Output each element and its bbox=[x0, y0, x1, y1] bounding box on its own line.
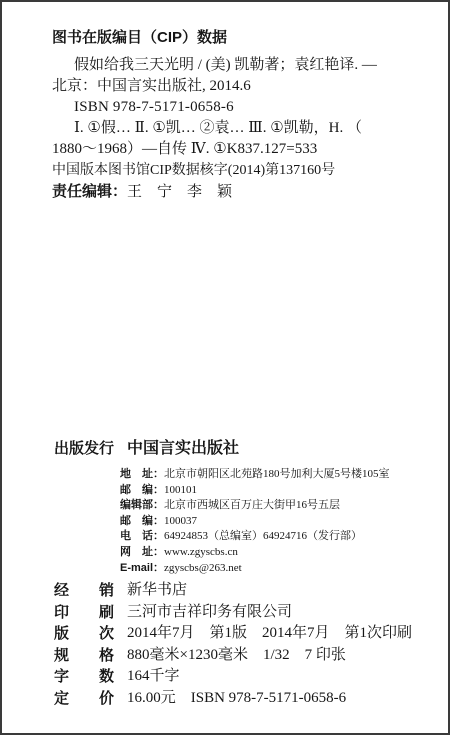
row-label-price: 定价 bbox=[54, 688, 114, 710]
detail-row-phone: 电 话：64924853（总编室）64924716（发行部） bbox=[120, 529, 438, 545]
row-edition: 版次 2014年7月 第1版 2014年7月 第1次印刷 bbox=[54, 623, 438, 645]
detail-value-website: www.zgyscbs.cn bbox=[164, 546, 238, 558]
row-value-edition: 2014年7月 第1版 2014年7月 第1次印刷 bbox=[127, 623, 412, 645]
publisher-row-label: 出版发行 bbox=[54, 438, 114, 460]
detail-value-email: zgyscbs@263.net bbox=[164, 562, 242, 574]
book-copyright-page: 图书在版编目（CIP）数据 假如给我三天光明 / (美) 凯勒著；袁红艳译. —… bbox=[0, 0, 450, 735]
row-label-distributor: 经销 bbox=[54, 580, 114, 602]
colophon-rows: 经销 新华书店 印刷 三河市吉祥印务有限公司 版次 2014年7月 第1版 20… bbox=[54, 580, 438, 709]
row-label-format: 规格 bbox=[54, 645, 114, 667]
cip-section: 图书在版编目（CIP）数据 假如给我三天光明 / (美) 凯勒著；袁红艳译. —… bbox=[52, 28, 430, 203]
row-label-printer: 印刷 bbox=[54, 602, 114, 624]
row-value-printer: 三河市吉祥印务有限公司 bbox=[127, 602, 292, 624]
detail-row-email: E-mail：zgyscbs@263.net bbox=[120, 561, 438, 577]
colophon-section: 出版发行 中国言实出版社 地 址：北京市朝阳区北苑路180号加利大厦5号楼105… bbox=[54, 438, 438, 709]
cip-header: 图书在版编目（CIP）数据 bbox=[52, 28, 430, 48]
responsible-editor-line: 责任编辑：王 宁 李 颖 bbox=[52, 181, 430, 203]
row-label-edition: 版次 bbox=[54, 623, 114, 645]
detail-label-phone: 电 话： bbox=[120, 530, 164, 542]
detail-label-email: E-mail： bbox=[120, 562, 164, 574]
detail-label-website: 网 址： bbox=[120, 546, 164, 558]
row-value-format: 880毫米×1230毫米 1/32 7 印张 bbox=[127, 645, 346, 667]
detail-row-postcode-2: 邮 编：100037 bbox=[120, 514, 438, 530]
cip-publisher-line: 北京：中国言实出版社, 2014.6 bbox=[52, 76, 430, 97]
detail-value-postcode-1: 100101 bbox=[164, 484, 197, 496]
responsible-editor-label: 责任编辑： bbox=[52, 183, 127, 200]
row-distributor: 经销 新华书店 bbox=[54, 580, 438, 602]
row-value-distributor: 新华书店 bbox=[127, 580, 187, 602]
detail-row-website: 网 址：www.zgyscbs.cn bbox=[120, 545, 438, 561]
detail-row-editorial-dept: 编辑部：北京市西城区百万庄大街甲16号五层 bbox=[120, 498, 438, 514]
detail-label-postcode-2: 邮 编： bbox=[120, 515, 164, 527]
row-value-price: 16.00元 ISBN 978-7-5171-0658-6 bbox=[127, 688, 346, 710]
row-word-count: 字数 164千字 bbox=[54, 666, 438, 688]
publisher-details: 地 址：北京市朝阳区北苑路180号加利大厦5号楼105室 邮 编：100101 … bbox=[120, 467, 438, 576]
responsible-editor-names: 王 宁 李 颖 bbox=[127, 184, 232, 200]
detail-label-postcode-1: 邮 编： bbox=[120, 484, 164, 496]
detail-value-phone: 64924853（总编室）64924716（发行部） bbox=[164, 530, 362, 542]
cip-record-number: 中国版本图书馆CIP数据核字(2014)第137160号 bbox=[52, 160, 430, 181]
detail-row-address: 地 址：北京市朝阳区北苑路180号加利大厦5号楼105室 bbox=[120, 467, 438, 483]
detail-row-postcode-1: 邮 编：100101 bbox=[120, 483, 438, 499]
publisher-name: 中国言实出版社 bbox=[127, 438, 239, 460]
cip-classification-line-1: Ⅰ. ①假… Ⅱ. ①凯… ②袁… Ⅲ. ①凯勒，H. （ bbox=[52, 118, 430, 139]
detail-label-editorial-dept: 编辑部： bbox=[120, 499, 164, 511]
row-format: 规格 880毫米×1230毫米 1/32 7 印张 bbox=[54, 645, 438, 667]
row-printer: 印刷 三河市吉祥印务有限公司 bbox=[54, 602, 438, 624]
row-price: 定价 16.00元 ISBN 978-7-5171-0658-6 bbox=[54, 688, 438, 710]
row-value-word-count: 164千字 bbox=[127, 666, 180, 688]
cip-isbn-line: ISBN 978-7-5171-0658-6 bbox=[52, 97, 430, 118]
detail-label-address: 地 址： bbox=[120, 468, 164, 480]
row-label-word-count: 字数 bbox=[54, 666, 114, 688]
detail-value-editorial-dept: 北京市西城区百万庄大街甲16号五层 bbox=[164, 499, 340, 511]
detail-value-postcode-2: 100037 bbox=[164, 515, 197, 527]
publisher-row: 出版发行 中国言实出版社 bbox=[54, 438, 438, 460]
cip-classification-line-2: 1880～1968）—自传 Ⅳ. ①K837.127=533 bbox=[52, 139, 430, 160]
cip-title-line: 假如给我三天光明 / (美) 凯勒著；袁红艳译. — bbox=[52, 55, 430, 76]
detail-value-address: 北京市朝阳区北苑路180号加利大厦5号楼105室 bbox=[164, 468, 390, 480]
